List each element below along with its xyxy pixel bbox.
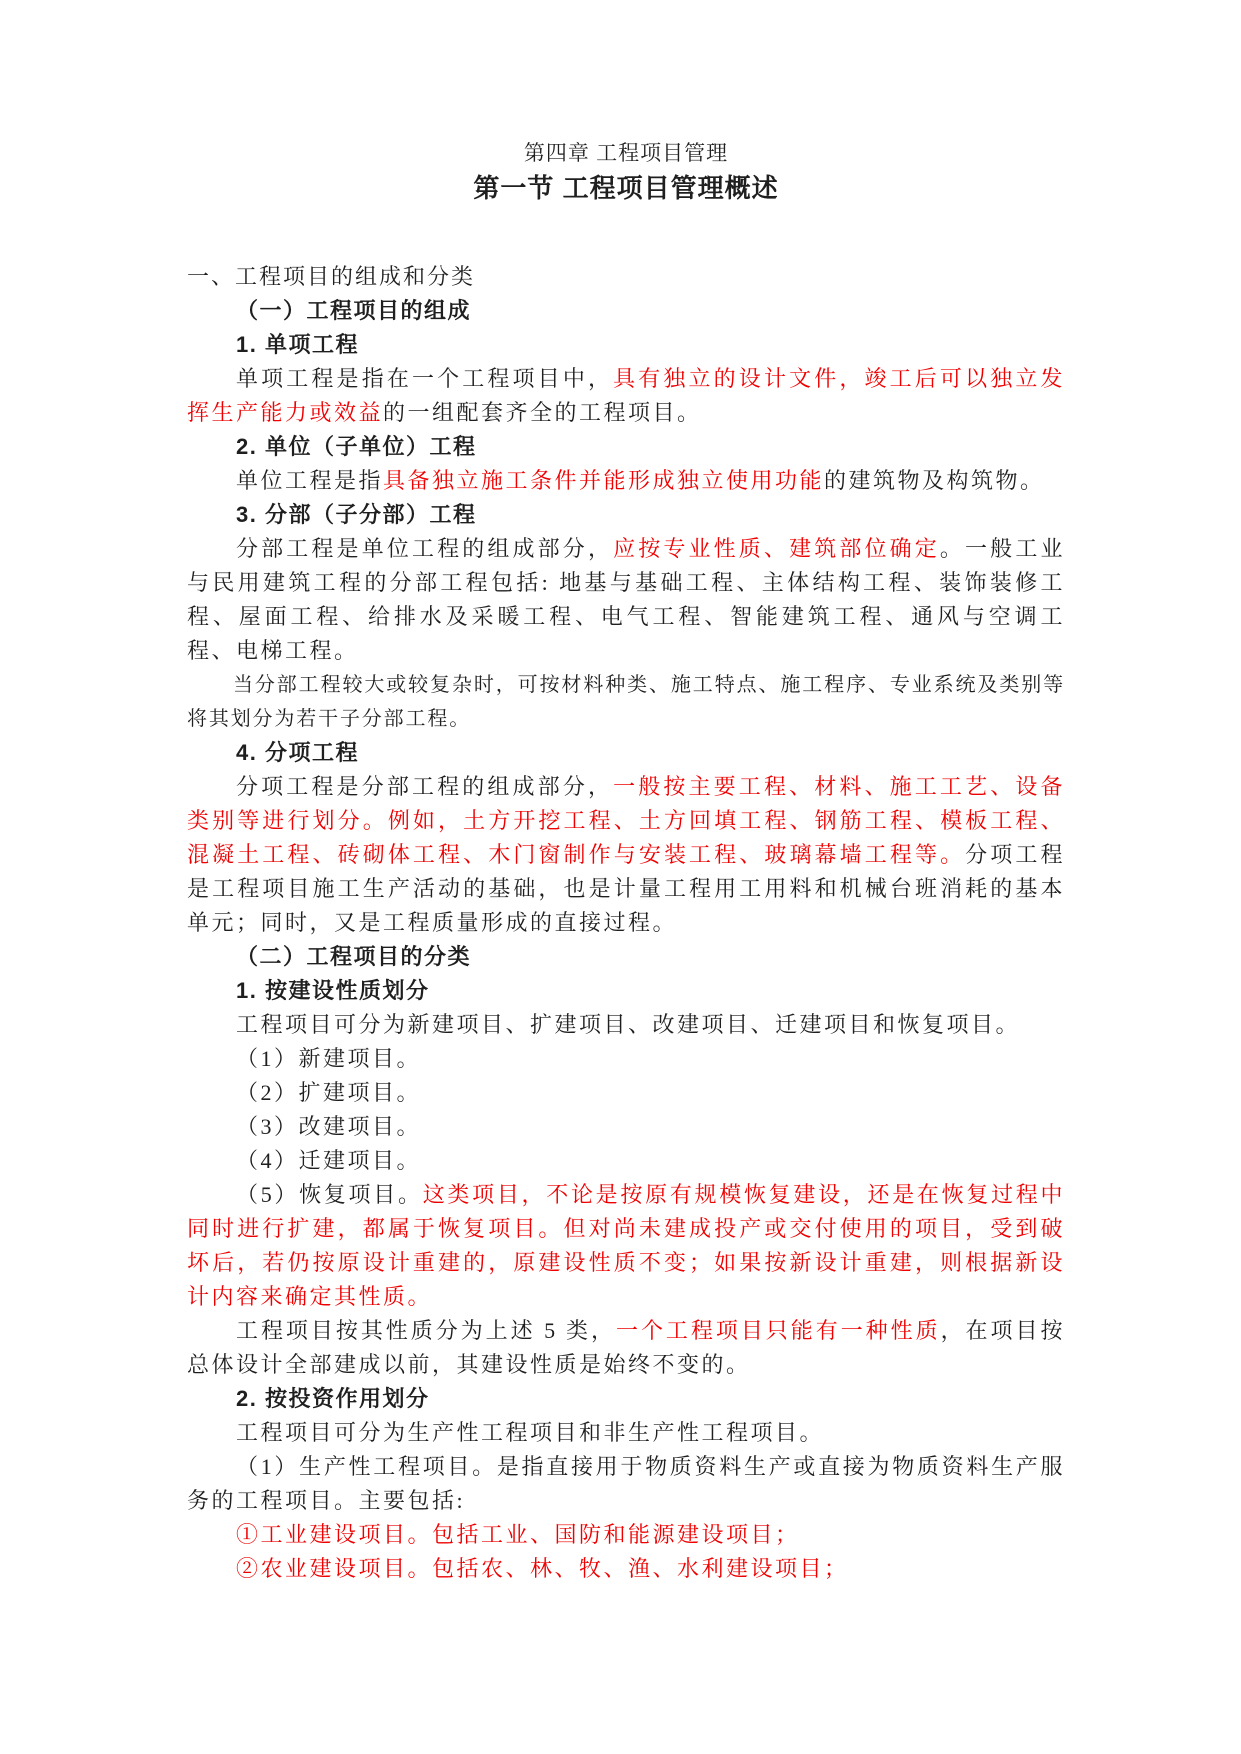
highlight-run: ①工业建设项目。包括工业、国防和能源建设项目； bbox=[236, 1522, 800, 1547]
text-run: 当分部工程较大或较复杂时，可按材料种类、施工特点、施工程序、专业系统及类别等将其… bbox=[187, 674, 1065, 730]
outline-heading: 一、工程项目的组成和分类 bbox=[187, 260, 1065, 294]
paragraph: （5）恢复项目。这类项目，不论是按原有规模恢复建设，还是在恢复过程中同时进行扩建… bbox=[187, 1178, 1065, 1314]
paragraph: 单位工程是指具备独立施工条件并能形成独立使用功能的建筑物及构筑物。 bbox=[187, 464, 1065, 498]
text-run: 的建筑物及构筑物。 bbox=[824, 468, 1045, 493]
numbered-heading: 3. 分部（子分部）工程 bbox=[187, 498, 1065, 532]
text-run: 工程项目可分为生产性工程项目和非生产性工程项目。 bbox=[236, 1420, 824, 1445]
text-run: 工程项目按其性质分为上述 5 类， bbox=[236, 1318, 616, 1343]
paragraph: 工程项目按其性质分为上述 5 类，一个工程项目只能有一种性质，在项目按总体设计全… bbox=[187, 1314, 1065, 1382]
paragraph: ②农业建设项目。包括农、林、牧、渔、水利建设项目； bbox=[187, 1552, 1065, 1586]
note-paragraph: 当分部工程较大或较复杂时，可按材料种类、施工特点、施工程序、专业系统及类别等将其… bbox=[187, 668, 1065, 736]
highlight-run: 具备独立施工条件并能形成独立使用功能 bbox=[383, 468, 824, 493]
paragraph: （3）改建项目。 bbox=[187, 1110, 1065, 1144]
paragraph: （1）生产性工程项目。是指直接用于物质资料生产或直接为物质资料生产服务的工程项目… bbox=[187, 1450, 1065, 1518]
text-run: 分项工程是分部工程的组成部分， bbox=[236, 774, 613, 799]
text-run: 单项工程是指在一个工程项目中， bbox=[236, 366, 613, 391]
text-run: （4）迁建项目。 bbox=[236, 1148, 421, 1173]
numbered-heading: 1. 单项工程 bbox=[187, 328, 1065, 362]
paragraph: ①工业建设项目。包括工业、国防和能源建设项目； bbox=[187, 1518, 1065, 1552]
text-run: 分部工程是单位工程的组成部分， bbox=[236, 536, 613, 561]
text-run: （1）新建项目。 bbox=[236, 1046, 421, 1071]
numbered-heading: 1. 按建设性质划分 bbox=[187, 974, 1065, 1008]
paragraph: 分项工程是分部工程的组成部分，一般按主要工程、材料、施工工艺、设备类别等进行划分… bbox=[187, 770, 1065, 940]
numbered-heading: 4. 分项工程 bbox=[187, 736, 1065, 770]
text-run: 单位工程是指 bbox=[236, 468, 383, 493]
paragraph: （2）扩建项目。 bbox=[187, 1076, 1065, 1110]
highlight-run: 一个工程项目只能有一种性质 bbox=[616, 1318, 941, 1343]
paragraph: （4）迁建项目。 bbox=[187, 1144, 1065, 1178]
paragraph: 分部工程是单位工程的组成部分，应按专业性质、建筑部位确定。一般工业与民用建筑工程… bbox=[187, 532, 1065, 668]
paragraph: 工程项目可分为新建项目、扩建项目、改建项目、迁建项目和恢复项目。 bbox=[187, 1008, 1065, 1042]
chapter-title: 第四章 工程项目管理 bbox=[187, 138, 1065, 168]
document-page: 第四章 工程项目管理 第一节 工程项目管理概述 一、工程项目的组成和分类（一）工… bbox=[0, 0, 1241, 1754]
paragraph: 单项工程是指在一个工程项目中，具有独立的设计文件，竣工后可以独立发挥生产能力或效… bbox=[187, 362, 1065, 430]
highlight-run: ②农业建设项目。包括农、林、牧、渔、水利建设项目； bbox=[236, 1556, 849, 1581]
subsection-heading: （一）工程项目的组成 bbox=[187, 294, 1065, 328]
text-block: 第四章 工程项目管理 第一节 工程项目管理概述 一、工程项目的组成和分类（一）工… bbox=[187, 138, 1065, 1586]
text-run: （1）生产性工程项目。是指直接用于物质资料生产或直接为物质资料生产服务的工程项目… bbox=[187, 1454, 1065, 1513]
text-run: 工程项目可分为新建项目、扩建项目、改建项目、迁建项目和恢复项目。 bbox=[236, 1012, 1020, 1037]
text-run: （2）扩建项目。 bbox=[236, 1080, 421, 1105]
text-run: （3）改建项目。 bbox=[236, 1114, 421, 1139]
paragraph: （1）新建项目。 bbox=[187, 1042, 1065, 1076]
text-run: 的一组配套齐全的工程项目。 bbox=[383, 400, 702, 425]
subsection-heading: （二）工程项目的分类 bbox=[187, 940, 1065, 974]
numbered-heading: 2. 按投资作用划分 bbox=[187, 1382, 1065, 1416]
highlight-run: 应按专业性质、建筑部位确定 bbox=[613, 536, 940, 561]
numbered-heading: 2. 单位（子单位）工程 bbox=[187, 430, 1065, 464]
section-title: 第一节 工程项目管理概述 bbox=[187, 168, 1065, 208]
text-run: （5）恢复项目。 bbox=[236, 1182, 423, 1207]
paragraph: 工程项目可分为生产性工程项目和非生产性工程项目。 bbox=[187, 1416, 1065, 1450]
document-body: 一、工程项目的组成和分类（一）工程项目的组成1. 单项工程单项工程是指在一个工程… bbox=[187, 260, 1065, 1586]
